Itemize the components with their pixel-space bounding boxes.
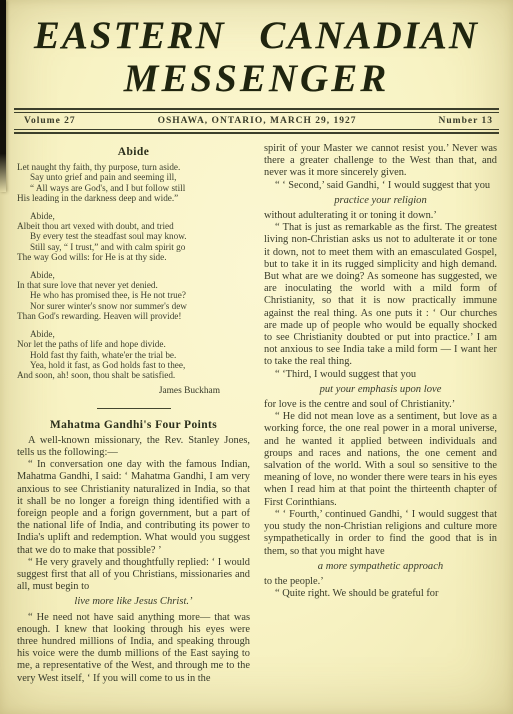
paragraph: “ ‘Third, I would suggest that you (264, 369, 497, 381)
poem-title: Abide (17, 146, 250, 158)
emphasis-line: put your emphasis upon love (264, 384, 497, 396)
poem-line: And soon, ah! soon, thou shalt be satisf… (17, 370, 250, 380)
poem-body: Let naught thy faith, thy purpose, turn … (17, 162, 250, 381)
poem-line: Yea, hold it fast, as God holds fast to … (17, 360, 250, 370)
poem-line: Nor let the paths of life and hope divid… (17, 339, 250, 349)
paragraph: “ He need not have said anything more— t… (17, 612, 250, 685)
right-column: spirit of your Master we cannot resist y… (264, 143, 497, 685)
left-column: Abide Let naught thy faith, thy purpose,… (17, 143, 250, 685)
poem-line: His leading in the darkness deep and wid… (17, 193, 250, 203)
paragraph: for love is the centre and soul of Chris… (264, 399, 497, 411)
body-columns: Abide Let naught thy faith, thy purpose,… (0, 134, 513, 685)
poem-line: Still say, “ I trust,” and with calm spi… (17, 242, 250, 252)
poem-stanza: Abide,Albeit thou art vexed with doubt, … (17, 211, 250, 263)
paragraph: A well-known missionary, the Rev. Stanle… (17, 435, 250, 459)
emphasis-line: a more sympathetic approach (264, 561, 497, 573)
poem-stanza: Abide,In that sure love that never yet d… (17, 270, 250, 322)
poem-signature: James Buckham (17, 386, 250, 396)
poem-stanza: Abide,Nor let the paths of life and hope… (17, 329, 250, 381)
rule-top-thick (14, 108, 499, 110)
dateline-row: Volume 27 OSHAWA, ONTARIO, MARCH 29, 192… (14, 113, 499, 129)
dateline: Volume 27 OSHAWA, ONTARIO, MARCH 29, 192… (14, 108, 499, 134)
article-body-left: A well-known missionary, the Rev. Stanle… (17, 435, 250, 685)
poem-line: Albeit thou art vexed with doubt, and tr… (17, 221, 250, 231)
masthead-line2: MESSENGER (0, 59, 513, 98)
poem-line: Abide, (17, 329, 250, 339)
paragraph: “ ‘ Fourth,’ continued Gandhi, ‘ I would… (264, 509, 497, 558)
paragraph: without adulterating it or toning it dow… (264, 210, 497, 222)
paragraph: spirit of your Master we cannot resist y… (264, 143, 497, 180)
paragraph: “ He very gravely and thoughtfully repli… (17, 557, 250, 594)
poem-line: “ All ways are God's, and I but follow s… (17, 183, 250, 193)
article-body-right: spirit of your Master we cannot resist y… (264, 143, 497, 600)
masthead-line1: EASTERN CANADIAN (0, 16, 513, 55)
paragraph: “ He did not mean love as a sentiment, b… (264, 411, 497, 509)
poem-line: He who has promised thee, is He not true… (17, 290, 250, 300)
paragraph: “ That is just as remarkable as the firs… (264, 222, 497, 368)
masthead: EASTERN CANADIAN MESSENGER (0, 0, 513, 98)
paragraph: “ Quite right. We should be grateful for (264, 588, 497, 600)
poem-line: Nor surer winter's snow nor summer's dew (17, 301, 250, 311)
number-label: Number 13 (439, 116, 493, 126)
issue-location-date: OSHAWA, ONTARIO, MARCH 29, 1927 (76, 116, 439, 126)
article-title: Mahatma Gandhi's Four Points (17, 419, 250, 431)
emphasis-line: practice your religion (264, 195, 497, 207)
poem-line: Than God's rewarding. Heaven will provid… (17, 311, 250, 321)
poem-line: Hold fast thy faith, whate'er the trial … (17, 350, 250, 360)
poem-line: Abide, (17, 270, 250, 280)
scan-edge-artifact (0, 0, 6, 192)
poem-stanza: Let naught thy faith, thy purpose, turn … (17, 162, 250, 204)
emphasis-line: live more like Jesus Christ.’ (17, 596, 250, 608)
poem-line: The way God wills: for He is at thy side… (17, 252, 250, 262)
article-divider (97, 408, 171, 409)
paragraph: “ ‘ Second,’ said Gandhi, ‘ I would sugg… (264, 180, 497, 192)
volume-label: Volume 27 (24, 116, 76, 126)
rule-bottom-thin (14, 129, 499, 130)
newspaper-page: EASTERN CANADIAN MESSENGER Volume 27 OSH… (0, 0, 513, 714)
paragraph: to the people.’ (264, 576, 497, 588)
poem-line: Say unto grief and pain and seeming ill, (17, 172, 250, 182)
poem-line: Abide, (17, 211, 250, 221)
paragraph: “ In conversation one day with the famou… (17, 459, 250, 557)
poem-line: By every test the steadfast soul may kno… (17, 231, 250, 241)
poem-line: Let naught thy faith, thy purpose, turn … (17, 162, 250, 172)
poem-line: In that sure love that never yet denied. (17, 280, 250, 290)
